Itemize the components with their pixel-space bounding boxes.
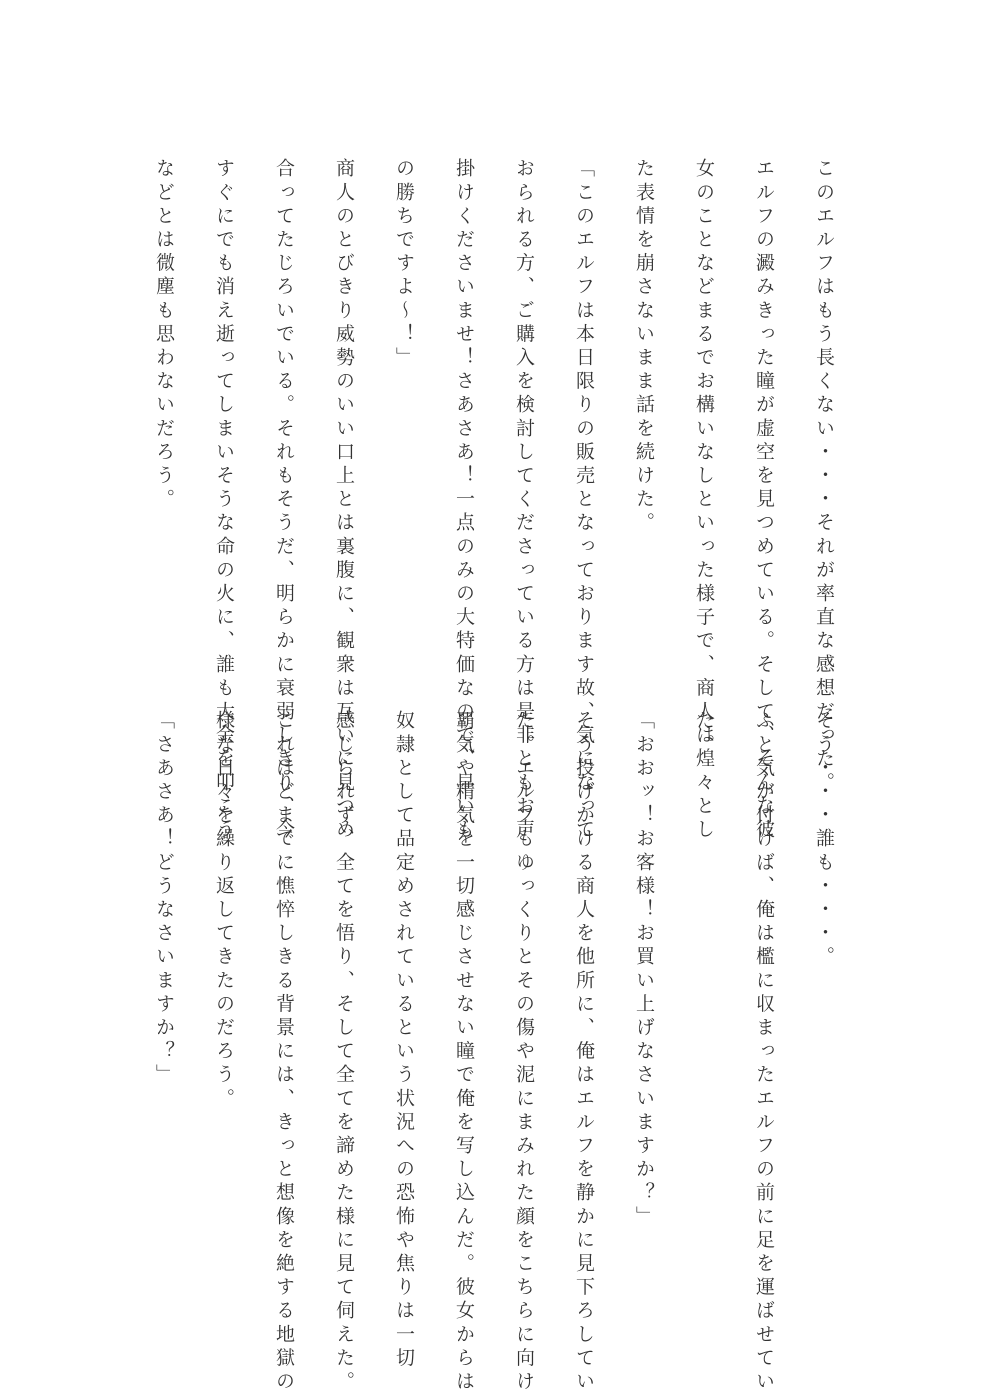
text-line: 覇気や精気を一切感じさせない瞳で俺を写し込んだ。彼女からは	[434, 710, 494, 1270]
text-line: の勝ちですよ～！」	[374, 158, 434, 688]
text-line: た。エルフもゆっくりとその傷や泥にまみれた顔をこちらに向け、	[494, 710, 554, 1270]
text-line: 「おおッ！お客様！お買い上げなさいますか？」	[614, 710, 674, 1270]
text-line: 女のことなどまるでお構いなしといった様子で、商人は煌々とし	[674, 158, 734, 688]
text-line: エルフの澱みきった瞳が虚空を見つめている。そして、そんな彼	[734, 158, 794, 688]
text-line: そう投げかける商人を他所に、俺はエルフを静かに見下ろしてい	[554, 710, 614, 1270]
text-line: このエルフはもう長くない・・・それが率直な感想だった。	[794, 158, 854, 688]
text-line: た表情を崩さないまま話を続けた。	[614, 158, 674, 688]
text-line: た。	[674, 710, 734, 1270]
text-line: 掛けくださいませ！さあさあ！一点のみの大特価なので、早いも	[434, 158, 494, 688]
text-line: 「このエルフは本日限りの販売となっております故、気になって	[554, 158, 614, 688]
text-block-bottom: そう・・・誰も・・・。 ふと気が付けば、俺は檻に収まったエルフの前に足を運ばせて…	[134, 710, 854, 1270]
text-line: ふと気が付けば、俺は檻に収まったエルフの前に足を運ばせてい	[734, 710, 794, 1270]
text-line: 「さあさあ！どうなさいますか？」	[134, 710, 194, 1270]
text-line: すぐにでも消え逝ってしまいそうな命の火に、誰も大金を叩こう	[194, 158, 254, 688]
text-line: 商人のとびきり威勢のいい口上とは裏腹に、観衆は互いに見つめ	[314, 158, 374, 688]
text-line: 合ってたじろいでいる。それもそうだ、明らかに衰弱しきり、今	[254, 158, 314, 688]
document-page: このエルフはもう長くない・・・それが率直な感想だった。 エルフの澱みきった瞳が虚…	[0, 0, 986, 1394]
text-line: 感じられず、全てを悟り、そして全てを諦めた様に見て伺えた。	[314, 710, 374, 1270]
text-line: 様な日々を繰り返してきたのだろう。	[194, 710, 254, 1270]
text-line: これほどまでに憔悴しきる背景には、きっと想像を絶する地獄の	[254, 710, 314, 1270]
text-line: 奴隷として品定めされているという状況への恐怖や焦りは一切	[374, 710, 434, 1270]
text-line: などとは微塵も思わないだろう。	[134, 158, 194, 688]
text-line: おられる方、ご購入を検討してくださっている方は是非ともお声	[494, 158, 554, 688]
text-block-top: このエルフはもう長くない・・・それが率直な感想だった。 エルフの澱みきった瞳が虚…	[134, 158, 854, 688]
text-line: そう・・・誰も・・・。	[794, 710, 854, 1270]
